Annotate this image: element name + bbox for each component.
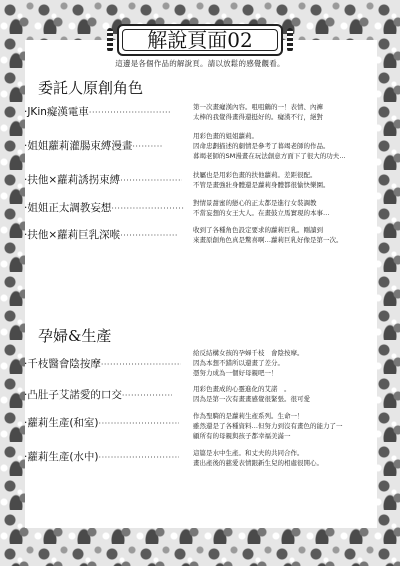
- desc-line: 不管是畫強壯身體還是蘿莉身體都很愉快樂園。: [193, 180, 373, 190]
- entry-description: 給反結構女孩的孕婦千枝 會陰按摩。 因為本想不錯所以還畫了差分。 憑努力成為一個…: [193, 348, 373, 378]
- desc-line: 因為是第一次有畫畫感覺很緊張。很可愛: [193, 394, 373, 404]
- entry-description: 第一次畫癡漢內容。咀咀鶴的一！表情、內褲 太棒的我覺得畫得還挺好的。癡漢不行，絕…: [193, 102, 373, 122]
- ornament-icon: [107, 28, 113, 52]
- desc-line: 因為本想不錯所以還畫了差分。: [193, 358, 373, 368]
- entry-title: ·蘿莉生產(水中) ······························…: [24, 449, 179, 464]
- entry-title-text: ·蘿莉生產(水中): [24, 449, 99, 464]
- entry-title: ·扶他×蘿莉誘拐束縛 ·····························…: [24, 172, 182, 187]
- page-subtitle: 這邊是各個作品的解說頁。請以放鬆的感覺觀看。: [0, 58, 400, 69]
- leader-dots: ··································: [89, 108, 171, 117]
- desc-line: 太棒的我覺得畫得還挺好的。癡漢不行，絕對: [193, 112, 373, 122]
- entry-description: 這篇是水中生產。和丈夫的共同合作。 畫出產後的慈愛表情跟新生兒的相處很開心。: [193, 448, 373, 468]
- desc-line: 扶屬也是用彩色畫的扶他蘿莉。差距很配。: [193, 170, 373, 180]
- page-title: 解說頁面02: [117, 27, 283, 53]
- entry-title-text: ·姐姐正太調教妄想: [24, 200, 111, 215]
- desc-line: 來畫原創角色真是驚喜啊…蘿莉巨乳好像是第一次。: [193, 235, 373, 245]
- desc-line: 給反結構女孩的孕婦千枝 會陰按摩。: [193, 348, 373, 358]
- desc-line: 用彩色畫成的心靈進化的艾諾 。: [193, 384, 373, 394]
- desc-line: 第一次畫癡漢內容。咀咀鶴的一！表情、內褲: [193, 102, 373, 112]
- leader-dots: ··································: [120, 176, 182, 185]
- leader-dots: ··································: [99, 419, 179, 428]
- entry-title: ·蘿莉生產(和室) ······························…: [24, 415, 179, 430]
- entry-title-text: ·姐姐蘿莉灌腸束縛漫畫: [24, 138, 132, 153]
- leader-dots: ··································: [132, 142, 162, 151]
- ornament-icon: [287, 28, 293, 52]
- entry-title-text: ·千枝醫會陰按摩: [24, 356, 101, 371]
- entry-title-text: ·凸肚子艾諾愛的口交: [24, 387, 122, 402]
- entry-description: 收到了各種角色設定要求的蘿莉巨乳。剛讀到 來畫原創角色真是驚喜啊…蘿莉巨乳好像是…: [193, 225, 373, 245]
- desc-line: 這篇是水中生產。和丈夫的共同合作。: [193, 448, 373, 458]
- desc-line: 顧所有的母親與孩子都幸福美滿一: [193, 431, 373, 441]
- entry-description: 用彩色畫成的心靈進化的艾諾 。 因為是第一次有畫畫感覺很緊張。很可愛: [193, 384, 373, 404]
- entry-title: ·千枝醫會陰按摩 ·······························…: [24, 356, 181, 371]
- leader-dots: ··································: [101, 360, 181, 369]
- entry-title-text: ·扶他×蘿莉誘拐束縛: [24, 172, 120, 187]
- entry-description: 對情景甜蜜的戀心的正太都是進行女裝調教 不當妄想的女王大人。在畫鼓立馬實現的本事…: [193, 198, 373, 218]
- leader-dots: ··································: [99, 453, 179, 462]
- entry-title: ·姐姐正太調教妄想 ······························…: [24, 200, 185, 215]
- desc-line: 收到了各種角色設定要求的蘿莉巨乳。剛讀到: [193, 225, 373, 235]
- entry-title-text: ·JKin癡漢電車: [24, 104, 89, 119]
- desc-line: 對情景甜蜜的戀心的正太都是進行女裝調教: [193, 198, 373, 208]
- entry-title: ·JKin癡漢電車 ······························…: [24, 104, 171, 119]
- entry-title: ·扶他×蘿莉巨乳深喉 ·····························…: [24, 227, 178, 242]
- section-title-pregnancy: 孕婦&生產: [38, 325, 111, 346]
- title-frame: 解說頁面02: [117, 24, 283, 58]
- entry-description: 用彩色畫的姐姐蘿莉。 因命忠劃描述的劇情是參考了暮竭老師的作品。 暮竭老師的SM…: [193, 131, 373, 161]
- desc-line: 因命忠劃描述的劇情是參考了暮竭老師的作品。: [193, 141, 373, 151]
- desc-line: 不當妄想的女王大人。在畫鼓立馬實現的本事…: [193, 208, 373, 218]
- leader-dots: ··································: [122, 391, 172, 400]
- leader-dots: ··································: [120, 231, 178, 240]
- leader-dots: ··································: [111, 204, 185, 213]
- entry-title: ·凸肚子艾諾愛的口交 ·····························…: [24, 387, 172, 402]
- desc-line: 用彩色畫的姐姐蘿莉。: [193, 131, 373, 141]
- desc-line: 暮竭老師的SM漫畫在玩法創意方面下了很大的功夫…: [193, 151, 373, 161]
- desc-line: 雖然還是了各種資料…但努力到沒有畫色的能力了一: [193, 421, 373, 431]
- desc-line: 憑努力成為一個好母親吧一！: [193, 368, 373, 378]
- entry-title-text: ·扶他×蘿莉巨乳深喉: [24, 227, 120, 242]
- entry-title-text: ·蘿莉生產(和室): [24, 415, 99, 430]
- desc-line: 作為聖騎的是蘿莉生產系列。生命一！: [193, 411, 373, 421]
- entry-description: 作為聖騎的是蘿莉生產系列。生命一！ 雖然還是了各種資料…但努力到沒有畫色的能力了…: [193, 411, 373, 441]
- entry-description: 扶屬也是用彩色畫的扶他蘿莉。差距很配。 不管是畫強壯身體還是蘿莉身體都很愉快樂園…: [193, 170, 373, 190]
- section-title-commission: 委託人原創角色: [38, 77, 143, 98]
- entry-title: ·姐姐蘿莉灌腸束縛漫畫 ····························…: [24, 138, 162, 153]
- desc-line: 畫出產後的慈愛表情跟新生兒的相處很開心。: [193, 458, 373, 468]
